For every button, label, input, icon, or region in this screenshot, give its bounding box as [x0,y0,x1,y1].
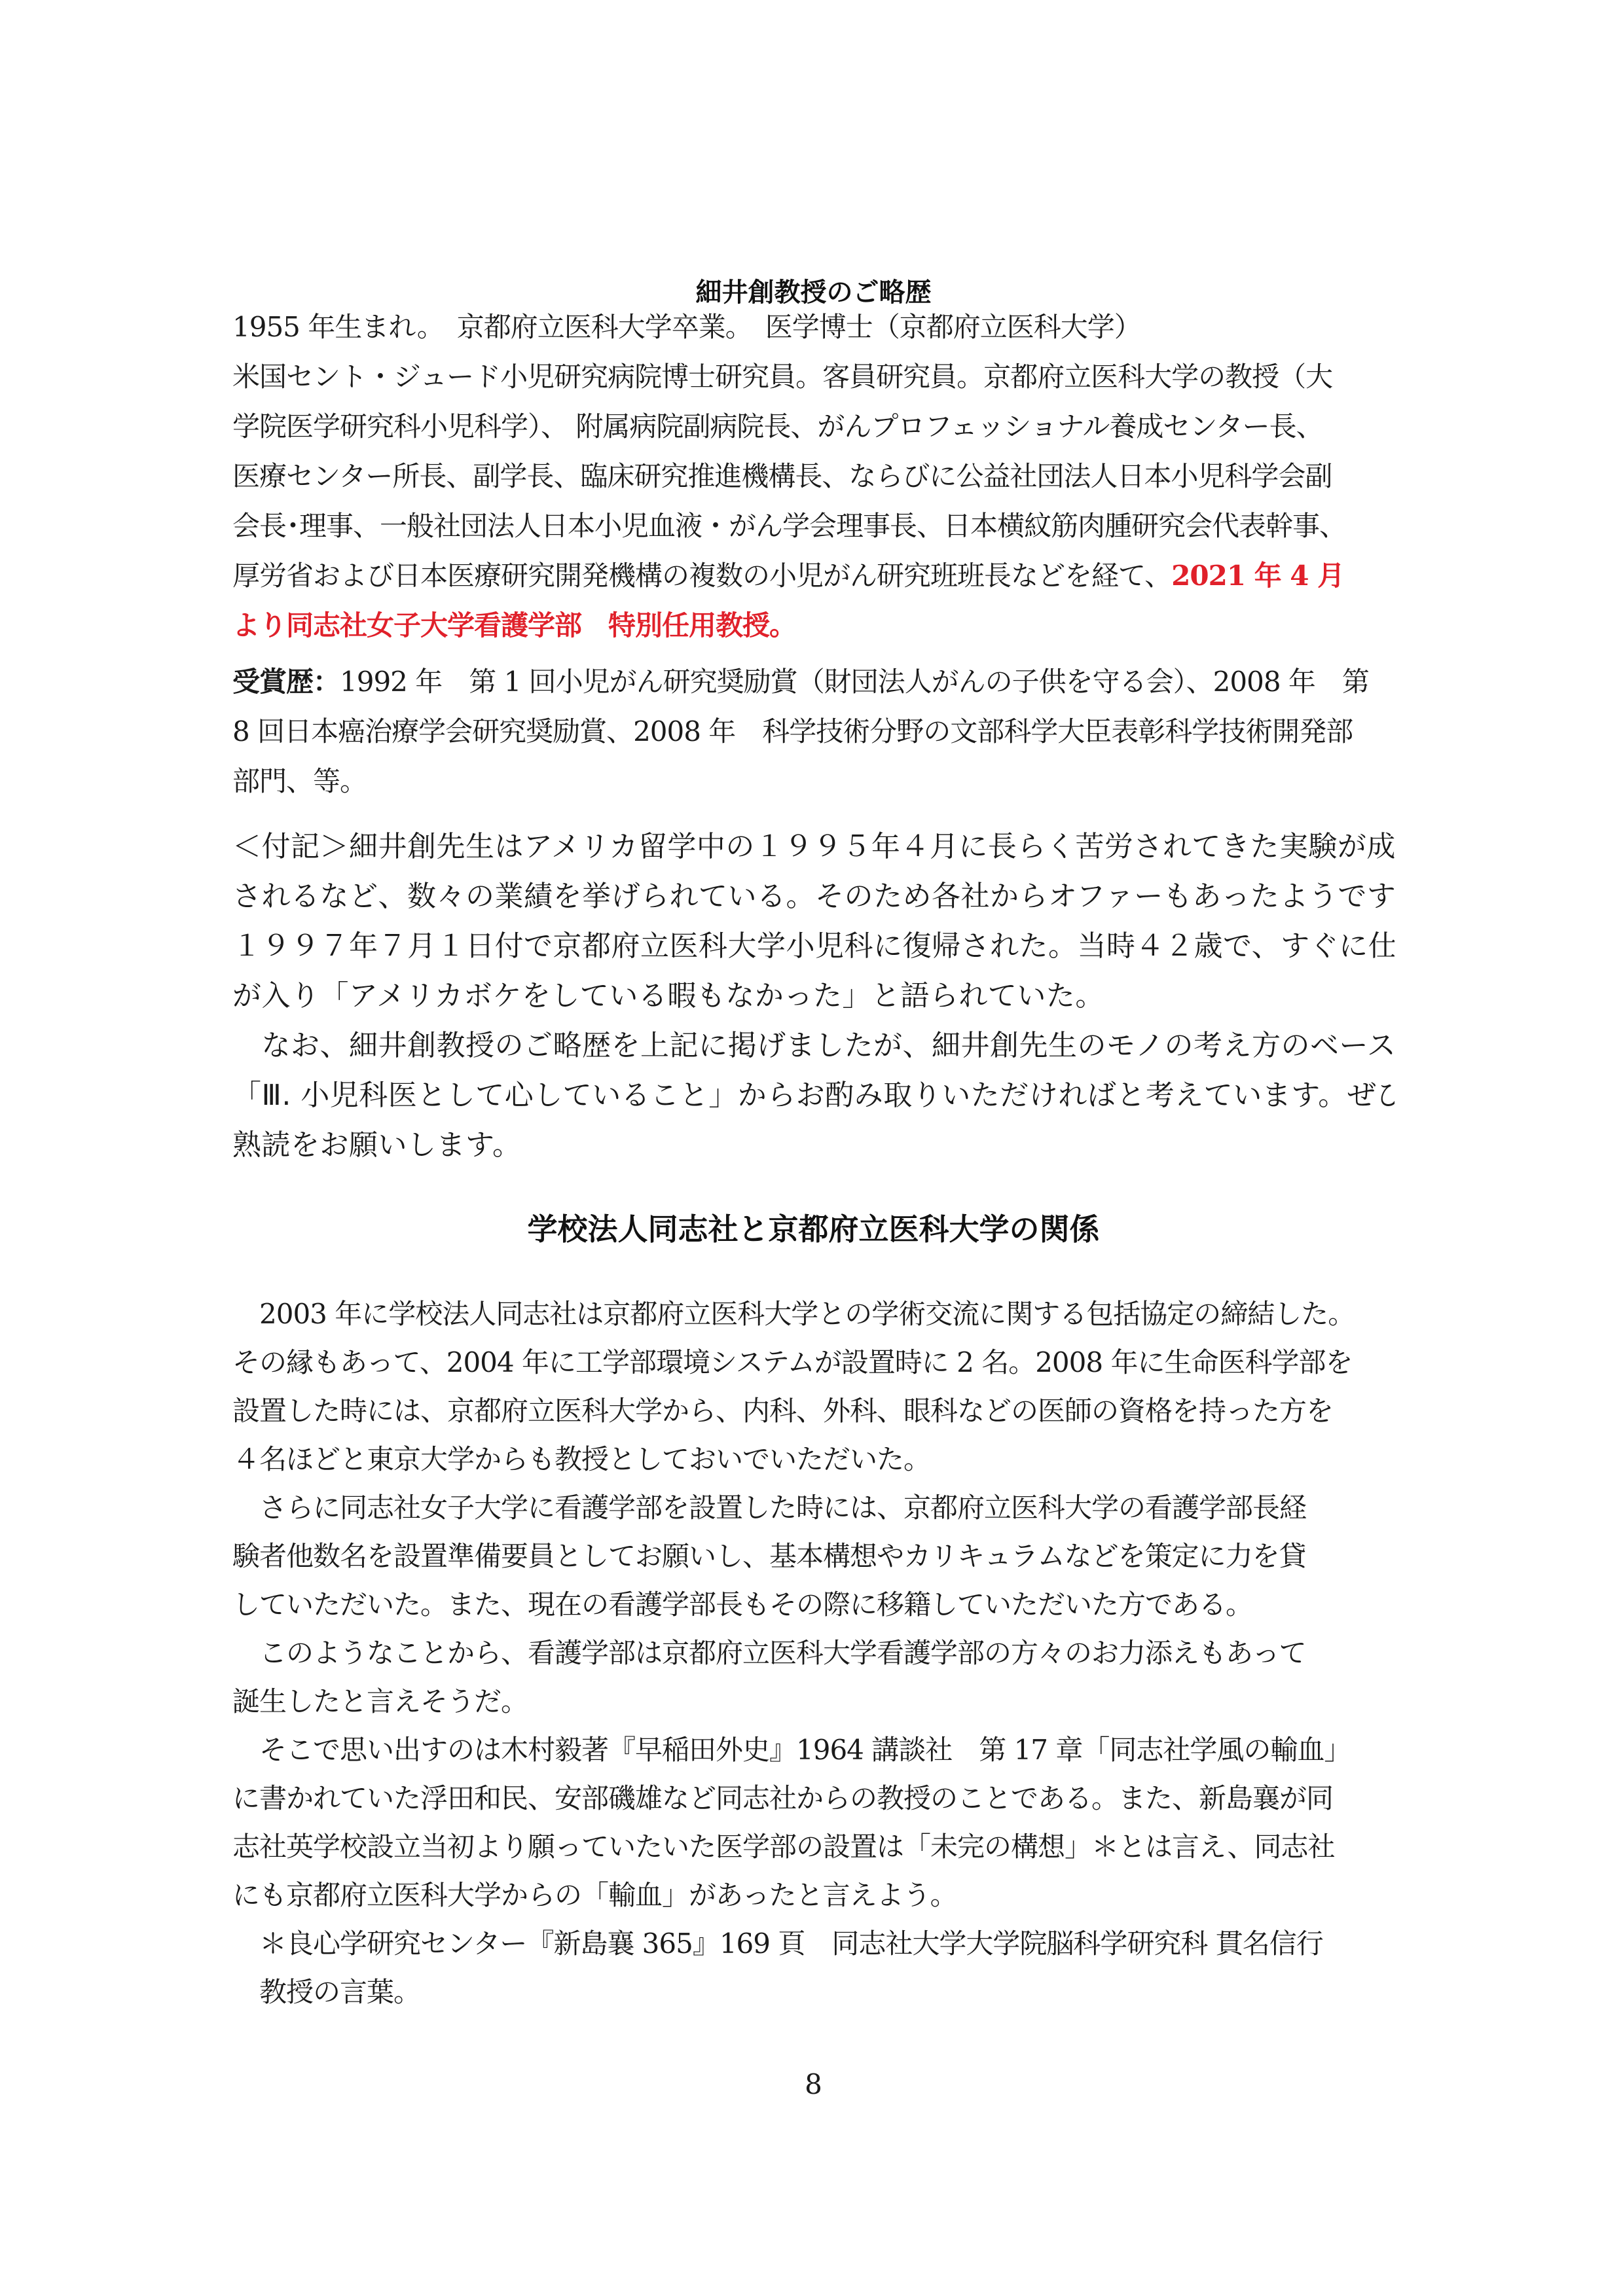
note-paragraph: ＜付記＞細井創先生はアメリカ留学中の１９９５年４月に長らく苦労されてきた実験が成… [232,822,1395,1170]
awards-paragraph: 受賞歴：1992 年 第 1 回小児がん研究奨励賞（財団法人がんの子供を守る会）… [232,657,1395,806]
note-line: されるなど、数々の業績を挙げられている。そのため各社からオファーもあったようです… [232,872,1395,922]
body-line: 設置した時には、京都府立医科大学から、内科、外科、眼科などの医師の資格を持った方… [232,1387,1395,1435]
awards-line: 受賞歴：1992 年 第 1 回小児がん研究奨励賞（財団法人がんの子供を守る会）… [232,657,1395,707]
awards-line: 部門、等。 [232,757,1395,806]
relationship-body: 2003 年に学校法人同志社は京都府立医科大学との学術交流に関する包括協定の締結… [232,1290,1395,2017]
page-number: 8 [232,2068,1395,2100]
body-line: 誕生したと言えそうだ。 [232,1677,1395,1726]
note-line: なお、細井創教授のご略歴を上記に掲げましたが、細井創先生のモノの考え方のベースを [232,1021,1395,1071]
awards-line: 8 回日本癌治療学会研究奨励賞、2008 年 科学技術分野の文部科学大臣表彰科学… [232,707,1395,757]
bio-line: 学院医学研究科小児科学）、 附属病院副病院長、がんプロフェッショナル養成センター… [232,402,1395,452]
note-line: ＜付記＞細井創先生はアメリカ留学中の１９９５年４月に長らく苦労されてきた実験が成… [232,822,1395,872]
note-line: 熟読をお願いします。 [232,1121,1395,1170]
body-line: その縁もあって、2004 年に工学部環境システムが設置時に 2 名。2008 年… [232,1338,1395,1387]
bio-line: 医療センター所長、副学長、臨床研究推進機構長、ならびに公益社団法人日本小児科学会… [232,452,1395,501]
note-line: 「Ⅲ. 小児科医として心していること」からお酌み取りいただければと考えています。… [232,1071,1395,1121]
awards-text: 1992 年 第 1 回小児がん研究奨励賞（財団法人がんの子供を守る会）、200… [340,666,1369,698]
section-title-relationship: 学校法人同志社と京都府立医科大学の関係 [232,1206,1395,1249]
body-line: さらに同志社女子大学に看護学部を設置した時には、京都府立医科大学の看護学部長経 [232,1484,1395,1532]
bio-paragraph: 1955 年生まれ。 京都府立医科大学卒業。 医学博士（京都府立医科大学） 米国… [232,302,1395,651]
body-line: 志社英学校設立当初より願っていたいた医学部の設置は「未完の構想」＊とは言え、同志… [232,1823,1395,1871]
body-line: 2003 年に学校法人同志社は京都府立医科大学との学術交流に関する包括協定の締結… [232,1290,1395,1338]
bio-line-text: 厚労省および日本医療研究開発機構の複数の小児がん研究班班長などを経て、 [232,560,1171,592]
awards-label: 受賞歴： [232,666,340,698]
body-line: ４名ほどと東京大学からも教授としておいでいただいた。 [232,1435,1395,1484]
bio-line: 米国セント・ジュード小児研究病院博士研究員。客員研究員。京都府立医科大学の教授（… [232,352,1395,402]
bio-line: 会長･理事、一般社団法人日本小児血液・がん学会理事長、日本横紋筋肉腫研究会代表幹… [232,501,1395,551]
body-line: にも京都府立医科大学からの「輸血」があったと言えよう。 [232,1871,1395,1920]
footnote-line: ＊良心学研究センター『新島襄 365』169 頁 同志社大学大学院脳科学研究科 … [232,1920,1395,1968]
footnote-line: 教授の言葉。 [232,1968,1395,2017]
highlight-date: 2021 年 4 月 [1171,560,1344,592]
body-line: このようなことから、看護学部は京都府立医科大学看護学部の方々のお力添えもあって [232,1629,1395,1677]
bio-line: 1955 年生まれ。 京都府立医科大学卒業。 医学博士（京都府立医科大学） [232,302,1395,352]
bio-line: 厚労省および日本医療研究開発機構の複数の小児がん研究班班長などを経て、2021 … [232,551,1395,601]
body-line: していただいた。また、現在の看護学部長もその際に移籍していただいた方である。 [232,1581,1395,1629]
body-line: に書かれていた浮田和民、安部磯雄など同志社からの教授のことである。また、新島襄が… [232,1774,1395,1823]
note-line: １９９７年７月１日付で京都府立医科大学小児科に復帰された。当時４２歳で、すぐに仕… [232,922,1395,971]
note-line: が入り「アメリカボケをしている暇もなかった」と語られていた。 [232,971,1395,1021]
body-line: そこで思い出すのは木村毅著『早稲田外史』1964 講談社 第 17 章「同志社学… [232,1726,1395,1774]
highlight-appointment: より同志社女子大学看護学部 特別任用教授。 [232,601,1395,651]
body-line: 験者他数名を設置準備要員としてお願いし、基本構想やカリキュラムなどを策定に力を貸 [232,1532,1395,1581]
